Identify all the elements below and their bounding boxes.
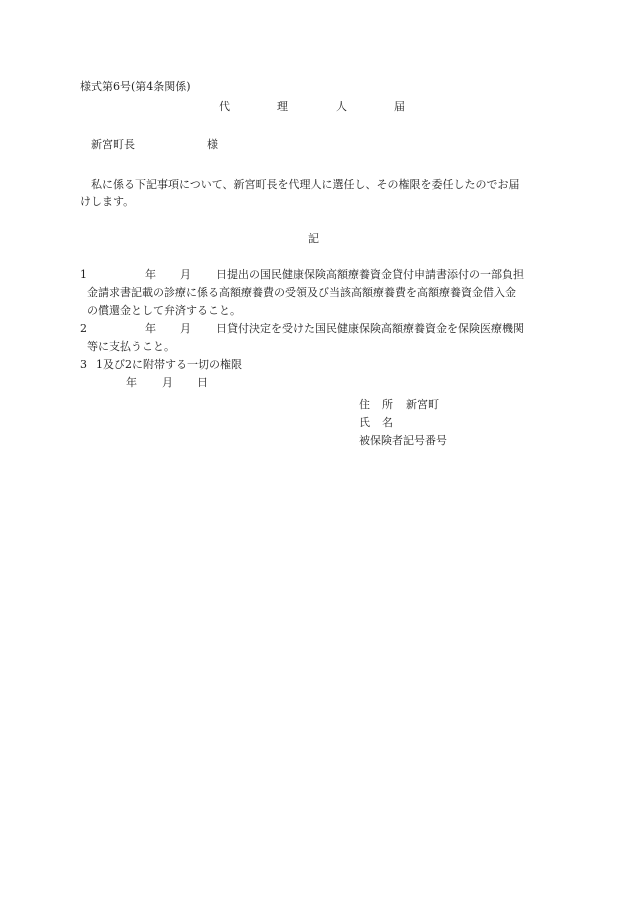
address-label-char: 住 xyxy=(359,398,370,412)
item-text: 日提出の国民健康保険高額療養資金貸付申請書添付の一部負担 xyxy=(216,268,524,282)
form-number: 様式第6号(第4条関係) xyxy=(80,80,191,94)
item-number: 3 xyxy=(80,358,87,372)
item-month: 月 xyxy=(180,268,191,282)
item-text: 日貸付決定を受けた国民健康保険高額療養資金を保険医療機関 xyxy=(216,322,524,336)
address-label-char: 所 xyxy=(382,398,393,412)
item-number: 1 xyxy=(80,268,87,282)
item-month: 月 xyxy=(180,322,191,336)
intro-line-1: 私に係る下記事項について、新宮町長を代理人に選任し、その権限を委任したのでお届 xyxy=(91,178,520,192)
addressee-honorific: 様 xyxy=(207,138,218,152)
title-char: 届 xyxy=(394,100,405,114)
title-char: 人 xyxy=(336,100,347,114)
item-year: 年 xyxy=(145,268,156,282)
item-number: 2 xyxy=(80,322,87,336)
date-year: 年 xyxy=(126,376,137,390)
ki-heading: 記 xyxy=(308,232,319,246)
title-char: 理 xyxy=(277,100,288,114)
intro-line-2: けします。 xyxy=(80,195,134,209)
item-text-line-3: の償還金として弁済すること。 xyxy=(87,304,241,318)
date-day: 日 xyxy=(197,376,208,390)
name-label-char: 氏 xyxy=(359,416,370,430)
item-text-line-2: 等に支払うこと。 xyxy=(87,340,175,354)
insured-number-label: 被保険者記号番号 xyxy=(359,434,447,448)
title-char: 代 xyxy=(219,100,230,114)
name-label-char: 名 xyxy=(382,416,393,430)
date-month: 月 xyxy=(162,376,173,390)
address-value: 新宮町 xyxy=(406,398,439,412)
addressee-name: 新宮町長 xyxy=(91,138,135,152)
item-text: 1及び2に附帯する一切の権限 xyxy=(96,358,242,372)
item-year: 年 xyxy=(145,322,156,336)
item-text-line-2: 金請求書記載の診療に係る高額療養費の受領及び当該高額療養費を高額療養資金借入金 xyxy=(87,286,516,300)
